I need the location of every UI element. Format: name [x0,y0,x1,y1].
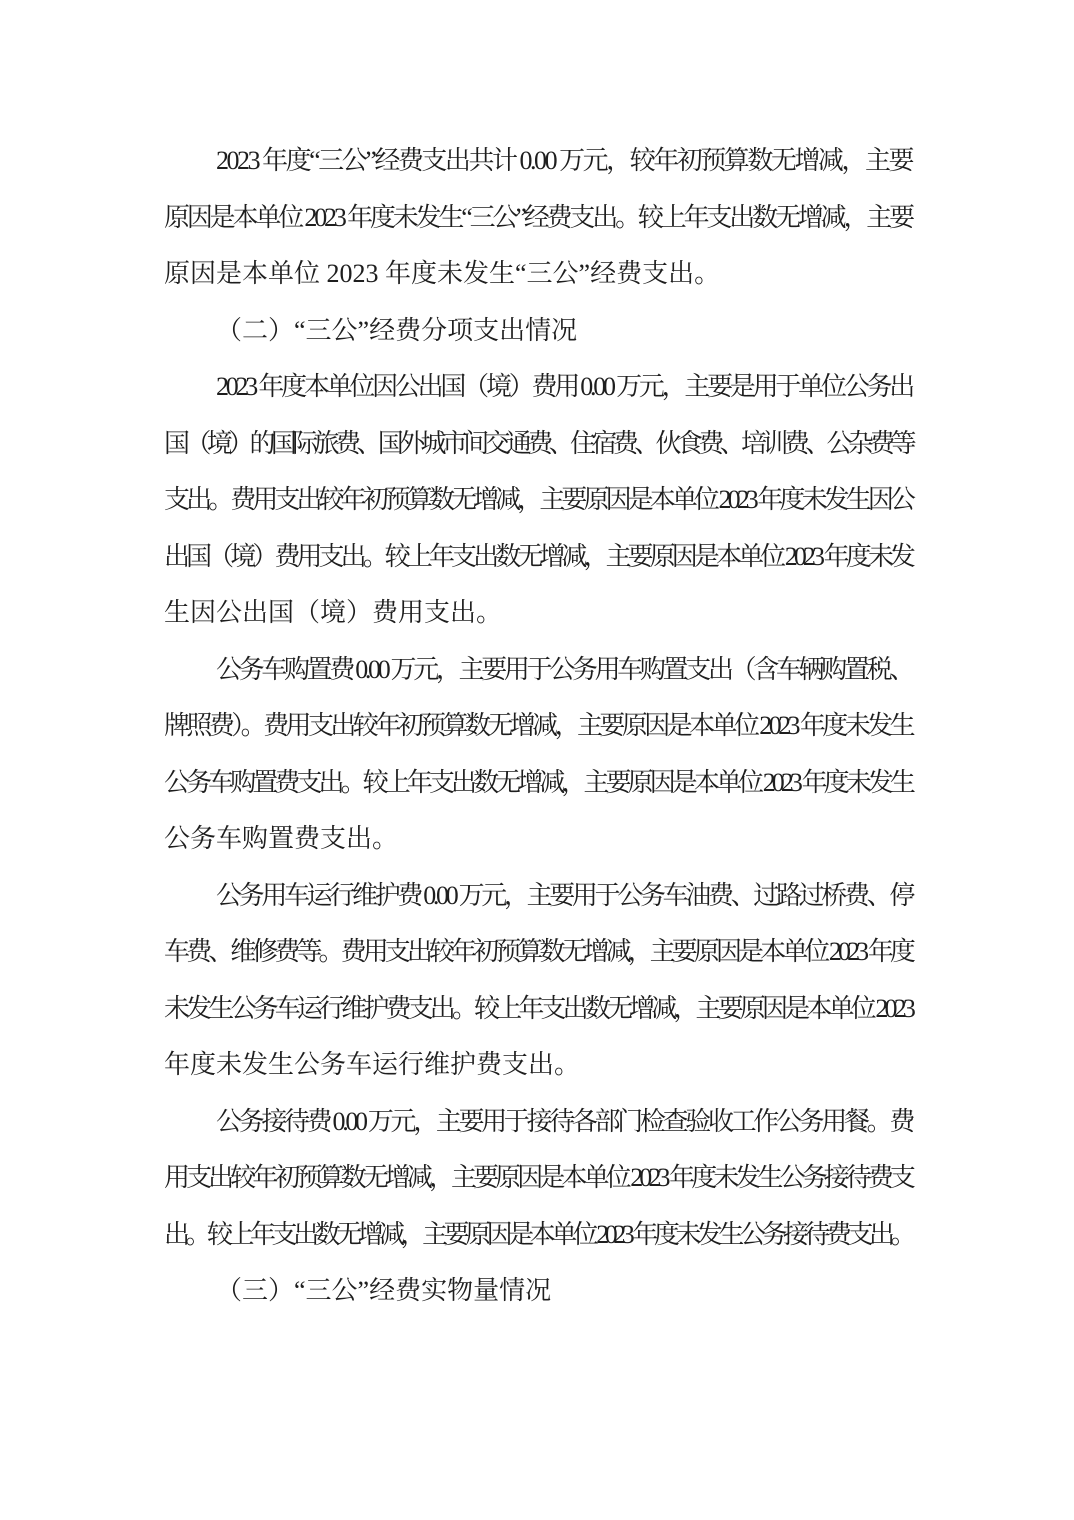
text-line: 公务用车运行维护费 0.00 万元，主要用于公务车油费、过路过桥费、停 [164,868,912,925]
text-line: 支出。费用支出较年初预算数无增减，主要原因是本单位 2023 年度未发生因公 [164,472,912,529]
text-line-content: 用支出较年初预算数无增减，主要原因是本单位 2023 年度未发生公务接待费支 [164,1150,912,1207]
text-line-content: 牌照费）。费用支出较年初预算数无增减，主要原因是本单位 2023 年度未发生 [164,698,912,755]
text-line: 国（境）的国际旅费、国外城市间交通费、住宿费、伙食费、培训费、公杂费等 [164,416,912,473]
text-line-content: 原因是本单位 2023 年度未发生“三公”经费支出。较上年支出数无增减，主要 [164,190,912,247]
text-line: 原因是本单位 2023 年度未发生“三公”经费支出。 [164,246,912,303]
text-line: 2023 年度本单位因公出国（境）费用 0.00 万元，主要是用于单位公务出 [164,359,912,416]
text-line: 公务车购置费支出。较上年支出数无增减，主要原因是本单位 2023 年度未发生 [164,755,912,812]
text-line-content: 出国（境）费用支出。较上年支出数无增减，主要原因是本单位 2023 年度未发 [164,529,912,586]
text-line: 公务车购置费支出。 [164,811,912,868]
section-heading: （二）“三公”经费分项支出情况 [164,303,912,360]
heading-section-2: （二）“三公”经费分项支出情况 [164,303,912,360]
text-line-content: 公务车购置费支出。 [164,811,398,868]
text-line: 车费、维修费等。费用支出较年初预算数无增减，主要原因是本单位 2023 年度 [164,924,912,981]
heading-section-3: （三）“三公”经费实物量情况 [164,1263,912,1320]
text-line-content: 支出。费用支出较年初预算数无增减，主要原因是本单位 2023 年度未发生因公 [164,472,912,529]
text-line: 未发生公务车运行维护费支出。较上年支出数无增减，主要原因是本单位 2023 [164,981,912,1038]
text-line-content: 车费、维修费等。费用支出较年初预算数无增减，主要原因是本单位 2023 年度 [164,924,912,981]
text-line-content: 国（境）的国际旅费、国外城市间交通费、住宿费、伙食费、培训费、公杂费等 [164,416,912,473]
paragraph-official-reception: 公务接待费 0.00 万元，主要用于接待各部门检查验收工作公务用餐。费 用支出较… [164,1094,912,1264]
text-line-content: 年度未发生公务车运行维护费支出。 [164,1037,580,1094]
paragraph-three-public-total: 2023 年度“三公”经费支出共计 0.00 万元，较年初预算数无增减，主要 原… [164,133,912,303]
text-line-content: 公务车购置费支出。较上年支出数无增减，主要原因是本单位 2023 年度未发生 [164,755,912,812]
text-line: 原因是本单位 2023 年度未发生“三公”经费支出。较上年支出数无增减，主要 [164,190,912,247]
text-line-content: 公务用车运行维护费 0.00 万元，主要用于公务车油费、过路过桥费、停 [216,868,912,925]
section-heading: （三）“三公”经费实物量情况 [164,1263,912,1320]
document-page: 2023 年度“三公”经费支出共计 0.00 万元，较年初预算数无增减，主要 原… [0,0,1074,1520]
text-line-content: 公务接待费 0.00 万元，主要用于接待各部门检查验收工作公务用餐。费 [216,1094,912,1151]
text-line: 出。较上年支出数无增减，主要原因是本单位 2023 年度未发生公务接待费支出。 [164,1207,912,1264]
text-line: 出国（境）费用支出。较上年支出数无增减，主要原因是本单位 2023 年度未发 [164,529,912,586]
text-line: 用支出较年初预算数无增减，主要原因是本单位 2023 年度未发生公务接待费支 [164,1150,912,1207]
text-line-content: 2023 年度“三公”经费支出共计 0.00 万元，较年初预算数无增减，主要 [216,133,912,190]
text-line: 公务车购置费 0.00 万元，主要用于公务用车购置支出（含车辆购置税、 [164,642,912,699]
text-line-content: 原因是本单位 2023 年度未发生“三公”经费支出。 [164,246,720,303]
text-line-content: 未发生公务车运行维护费支出。较上年支出数无增减，主要原因是本单位 2023 [164,981,912,1038]
text-line: 公务接待费 0.00 万元，主要用于接待各部门检查验收工作公务用餐。费 [164,1094,912,1151]
text-line-content: 2023 年度本单位因公出国（境）费用 0.00 万元，主要是用于单位公务出 [216,359,912,416]
text-line: 年度未发生公务车运行维护费支出。 [164,1037,912,1094]
text-line: 生因公出国（境）费用支出。 [164,585,912,642]
text-line-content: 出。较上年支出数无增减，主要原因是本单位 2023 年度未发生公务接待费支出。 [164,1207,912,1264]
section-heading-text: （二）“三公”经费分项支出情况 [216,303,577,360]
text-line-content: 公务车购置费 0.00 万元，主要用于公务用车购置支出（含车辆购置税、 [216,642,912,699]
text-line-content: 生因公出国（境）费用支出。 [164,585,502,642]
paragraph-vehicle-purchase: 公务车购置费 0.00 万元，主要用于公务用车购置支出（含车辆购置税、 牌照费）… [164,642,912,868]
paragraph-vehicle-operation: 公务用车运行维护费 0.00 万元，主要用于公务车油费、过路过桥费、停 车费、维… [164,868,912,1094]
text-line: 2023 年度“三公”经费支出共计 0.00 万元，较年初预算数无增减，主要 [164,133,912,190]
text-line: 牌照费）。费用支出较年初预算数无增减，主要原因是本单位 2023 年度未发生 [164,698,912,755]
section-heading-text: （三）“三公”经费实物量情况 [216,1263,551,1320]
paragraph-outbound-travel: 2023 年度本单位因公出国（境）费用 0.00 万元，主要是用于单位公务出 国… [164,359,912,642]
